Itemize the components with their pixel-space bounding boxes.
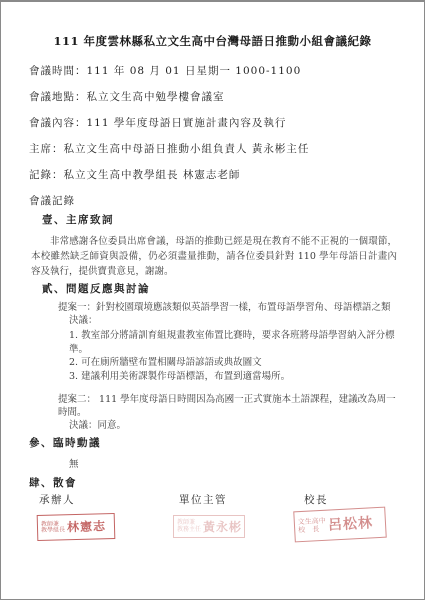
meeting-location-line: 會議地點：私立文生高中勉學樓會議室 bbox=[29, 91, 396, 104]
seal-stamp-undertaker: 教師兼 教學組長 林憲志 bbox=[37, 513, 116, 541]
chair-remarks-paragraph: 非常感謝各位委員出席會議，母語的推動已經是現在教育不能不正視的一個環節，本校雖然… bbox=[31, 234, 397, 279]
stamp-name: 黃永彬 bbox=[203, 521, 242, 533]
resolution-1-label: 決議： bbox=[69, 314, 396, 327]
role-label-principal: 校長 bbox=[304, 492, 328, 507]
role-label-undertaker: 承辦人 bbox=[39, 492, 75, 507]
meeting-time-line: 會議時間：111 年 08 月 01 日星期一 1000-1100 bbox=[29, 65, 396, 78]
meeting-meta: 會議時間：111 年 08 月 01 日星期一 1000-1100 會議地點：私… bbox=[29, 65, 396, 208]
section-3-heading: 參、臨時動議 bbox=[29, 437, 396, 450]
stamp-unit-title: 教師兼 教務主任 bbox=[177, 520, 201, 533]
proposal-1: 提案一：針對校園環境應該類似英語學習一樣，布置母語學習角、母語標語之類 bbox=[58, 301, 396, 314]
document-body: 111 年度雲林縣私立文生高中台灣母語日推動小組會議紀錄 會議時間：111 年 … bbox=[1, 2, 424, 490]
stamp-name: 林憲志 bbox=[67, 520, 106, 533]
resolution-1-item: 1. 教室部分將請訓育組規畫教室佈置比賽時，要求各班將母語學習納入評分標準。 bbox=[69, 329, 396, 356]
section-1-heading: 壹、主席致詞 bbox=[42, 214, 396, 227]
stamp-unit-title: 文生高中 校 長 bbox=[298, 518, 327, 534]
stamp-name: 呂松林 bbox=[328, 516, 374, 532]
section-4-heading: 肆、散會 bbox=[29, 477, 396, 490]
meeting-chair-line: 主席：私立文生高中母語日推動小組負責人 黃永彬主任 bbox=[29, 143, 396, 156]
document-page: 111 年度雲林縣私立文生高中台灣母語日推動小組會議紀錄 會議時間：111 年 … bbox=[0, 0, 425, 600]
seal-stamp-unit-head: 教師兼 教務主任 黃永彬 bbox=[173, 515, 245, 538]
resolution-2: 決議：同意。 bbox=[69, 419, 396, 432]
seal-stamp-principal: 文生高中 校 長 呂松林 bbox=[293, 507, 386, 543]
document-title: 111 年度雲林縣私立文生高中台灣母語日推動小組會議紀錄 bbox=[29, 34, 396, 48]
signature-block: 承辦人 單位主管 校長 教師兼 教學組長 林憲志 教師兼 教務主任 黃永彬 文生… bbox=[1, 490, 425, 590]
role-label-unit-head: 單位主管 bbox=[179, 492, 227, 507]
meeting-content-line: 會議內容：111 學年度母語日實施計畫內容及執行 bbox=[29, 117, 396, 130]
section-2-heading: 貳、問題反應與討論 bbox=[42, 283, 396, 296]
resolution-1-items: 1. 教室部分將請訓育組規畫教室佈置比賽時，要求各班將母語學習納入評分標準。 2… bbox=[69, 329, 396, 383]
meeting-recorder-line: 記錄：私立文生高中教學組長 林憲志老師 bbox=[29, 169, 396, 182]
stamp-unit-title: 教師兼 教學組長 bbox=[41, 521, 65, 535]
extempore-motion-none: 無 bbox=[69, 458, 396, 471]
resolution-1-item: 2. 可在廁所牆壁布置相關母語諺語或典故圖文 bbox=[69, 356, 396, 370]
proposal-2: 提案二： 111 學年度母語日時間因為高國一正式實施本土語課程，建議改為周一時間… bbox=[58, 393, 396, 419]
meeting-record-header: 會議記錄 bbox=[29, 195, 396, 208]
resolution-1-item: 3. 建議利用美術課製作母語標語，布置到適當場所。 bbox=[69, 370, 396, 384]
